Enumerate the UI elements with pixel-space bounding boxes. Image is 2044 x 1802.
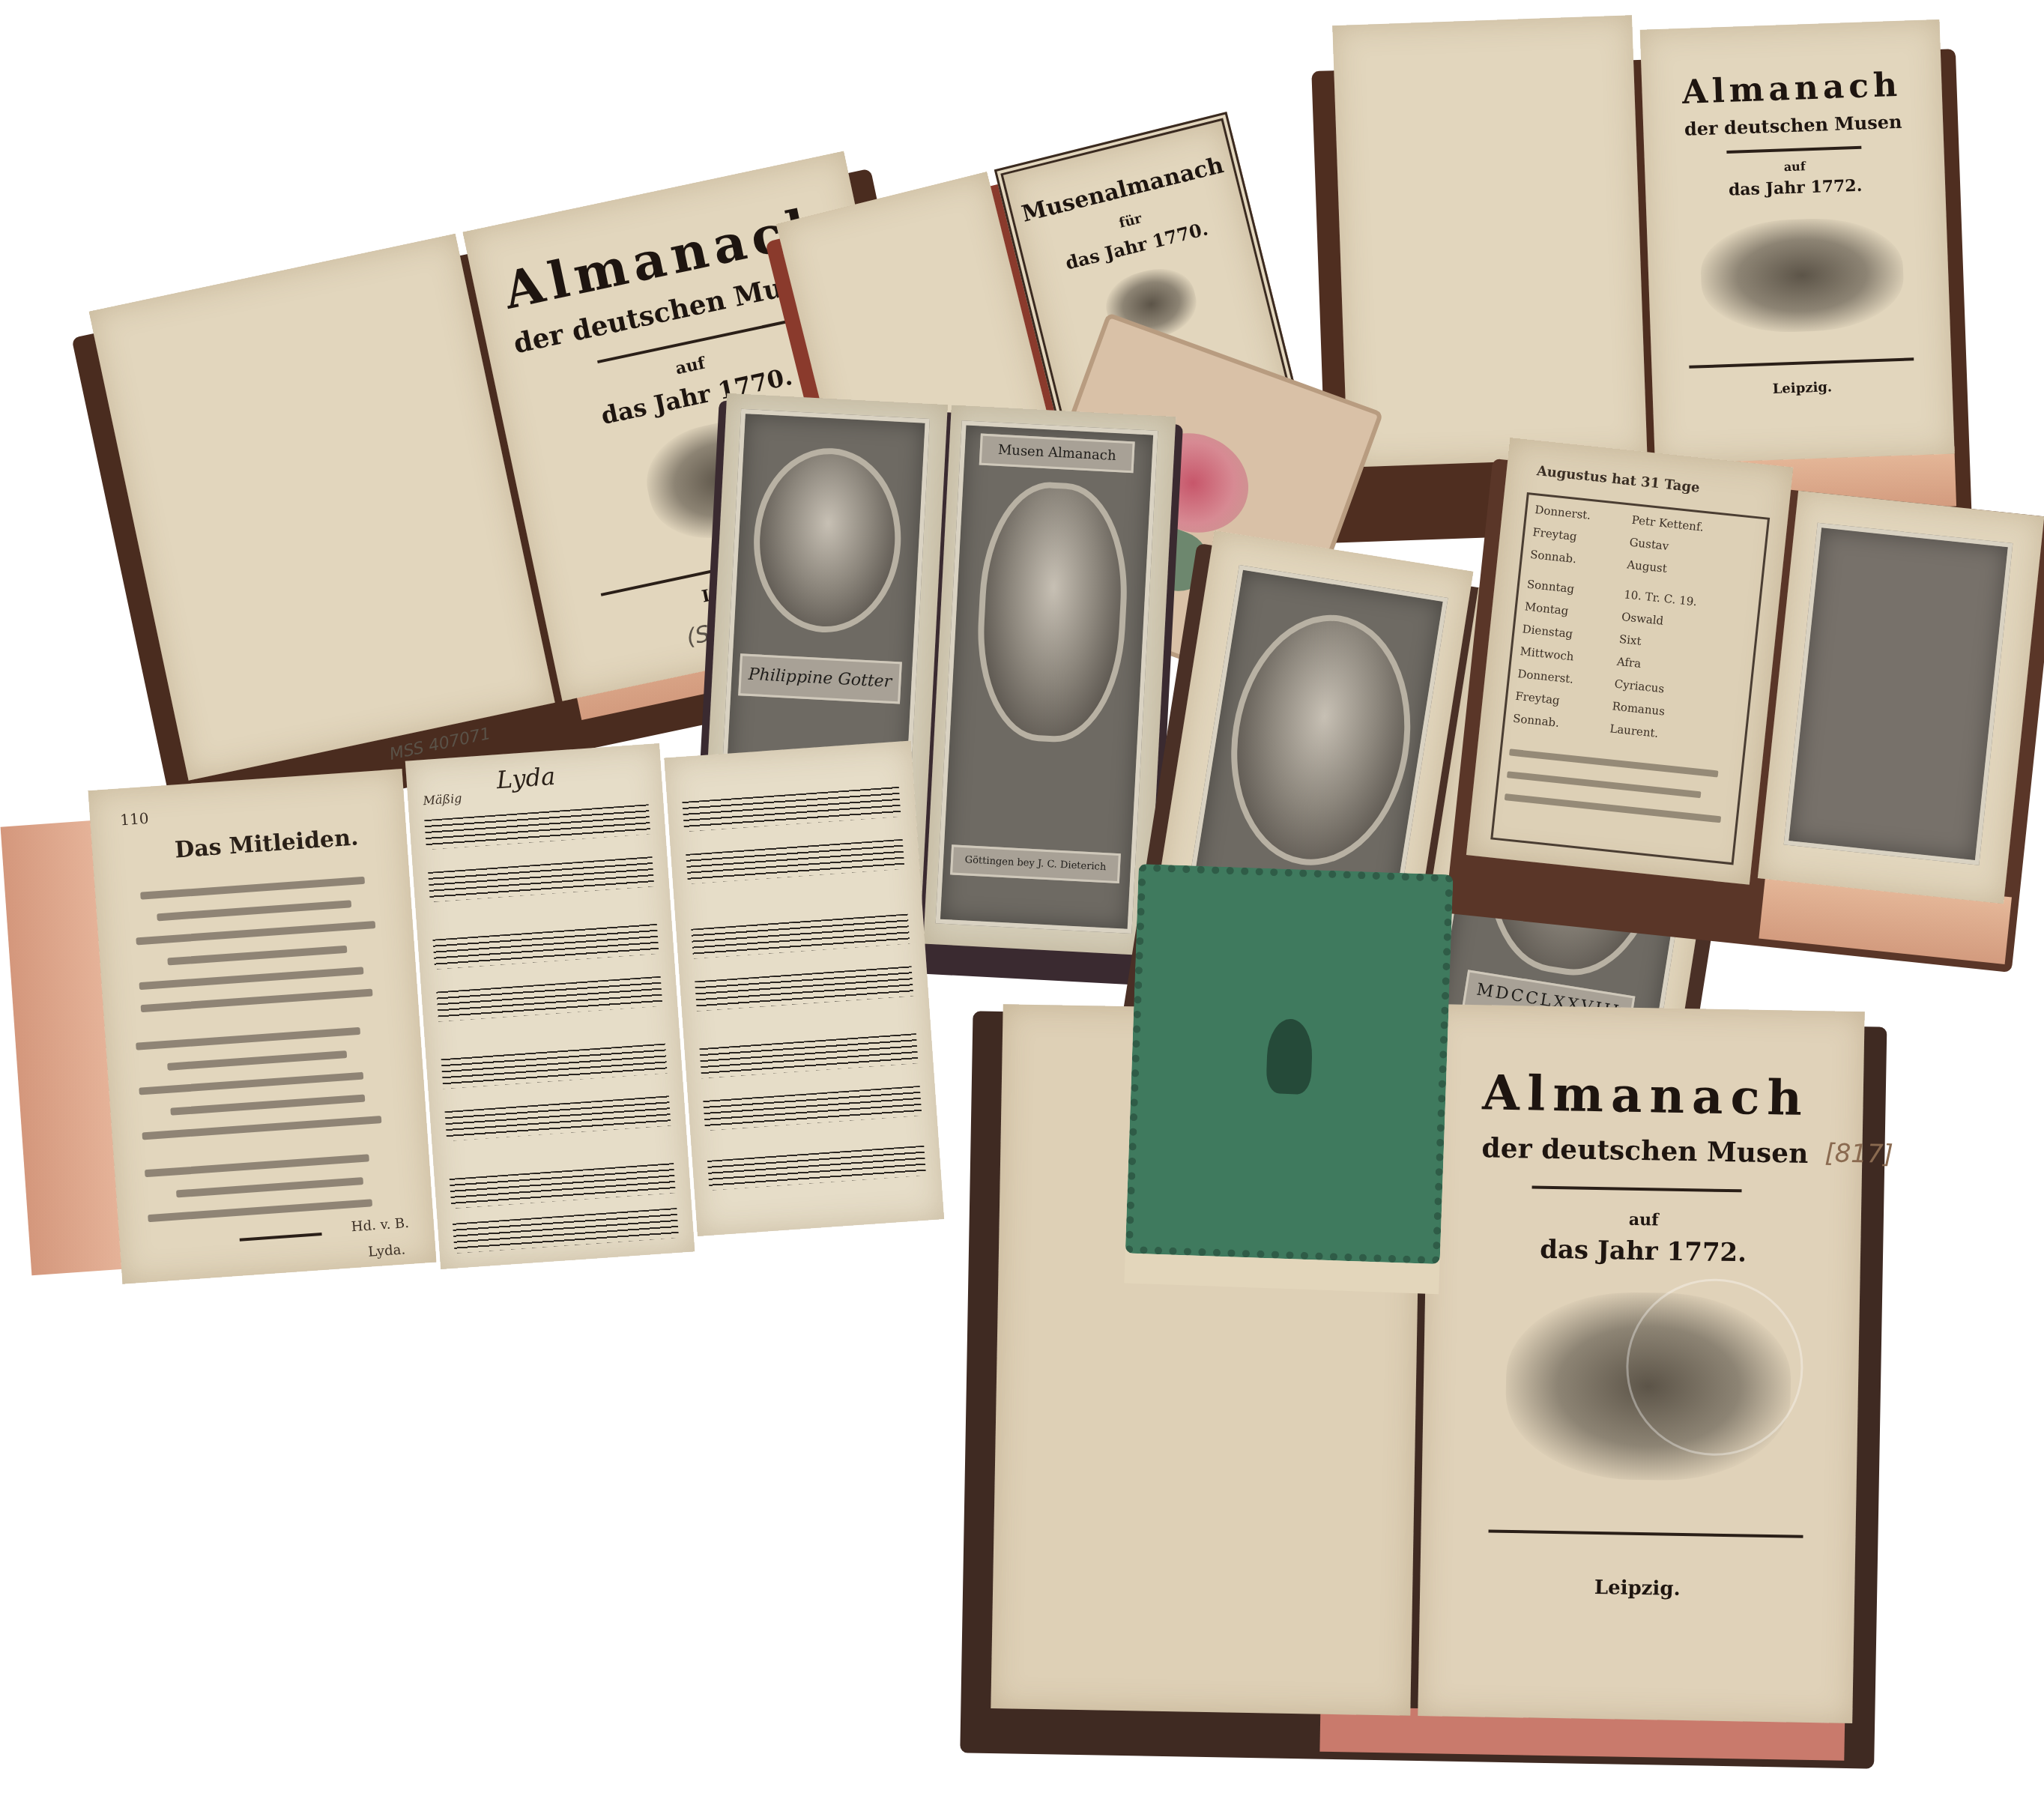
poem-text <box>170 1095 365 1116</box>
poem-text <box>140 877 365 900</box>
music-staff <box>703 1086 922 1131</box>
music-staff <box>441 1043 668 1089</box>
music-staff <box>436 976 662 1022</box>
divider <box>1726 146 1861 154</box>
title-page: Almanach der deutschen Musen auf das Jah… <box>1418 1004 1864 1723</box>
engraving-frame: Musen Almanach Göttingen bey J. C. Diete… <box>936 420 1158 934</box>
title-page: Almanach der deutschen Musen auf das Jah… <box>1640 19 1955 465</box>
music-staff <box>707 1146 926 1191</box>
handwritten-note: [817] <box>1824 1138 1893 1170</box>
poem-page: 110 Das Mitleiden. Hd. v. B. Lyda. <box>88 769 436 1284</box>
music-staff <box>695 966 913 1011</box>
poem-title: Das Mitleiden. <box>174 824 359 863</box>
calendar-header: Augustus hat 31 Tage <box>1536 463 1701 496</box>
imprint: Leipzig. <box>1652 375 1952 402</box>
music-staff <box>682 787 901 832</box>
calendar-text <box>1507 771 1702 798</box>
tempo-marking: Mäßig <box>423 791 462 808</box>
calendar-text <box>1509 749 1718 777</box>
calendar-row-5: Dienstag <box>1522 622 1573 641</box>
calendar-name-8: Romanus <box>1612 699 1666 718</box>
year-line: das Jahr 1772. <box>1426 1233 1861 1270</box>
calendar-row-9: Sonnab. <box>1512 712 1559 730</box>
end-rule <box>240 1233 322 1242</box>
music-staff <box>686 839 904 884</box>
poem-text <box>136 1027 360 1050</box>
poem-text <box>167 1050 347 1071</box>
poem-text <box>167 946 347 966</box>
title-line1: Almanach <box>1428 1064 1863 1128</box>
portrait-caption: Philippine Gotter <box>738 653 902 704</box>
calendar-row-0: Donnerst. <box>1534 503 1591 522</box>
page-number: 110 <box>119 809 149 829</box>
catchword: Lyda. <box>368 1242 406 1260</box>
almanac-collection-photo: Almanach der deutschen Musen. auf das Ja… <box>0 0 2044 1802</box>
book-green-cover <box>1124 864 1453 1294</box>
poem-signature: Hd. v. B. <box>351 1215 409 1235</box>
music-staff <box>699 1033 918 1078</box>
calendar-row-2: Sonnab. <box>1529 548 1576 566</box>
calendar-name-9: Laurent. <box>1609 722 1660 740</box>
poem-text <box>141 989 373 1013</box>
calendar-name-7: Cyriacus <box>1614 677 1665 696</box>
frontispiece-page <box>1758 491 2044 904</box>
title-line1: Almanach <box>1642 64 1943 113</box>
portrait-medallion <box>1214 602 1428 878</box>
music-staff <box>453 1208 679 1254</box>
poem-text <box>157 900 351 921</box>
poem-text <box>136 921 375 945</box>
music-staff <box>428 856 654 902</box>
book-calendar: Augustus hat 31 Tage Donnerst. Petr Kett… <box>1445 436 2044 973</box>
year-line: das Jahr 1772. <box>1645 173 1946 203</box>
poem-text <box>145 1154 369 1177</box>
calendar-name-2: August <box>1627 557 1668 575</box>
calendar-name-3: 10. Tr. C. 19. <box>1623 587 1697 608</box>
calendar-name-6: Afra <box>1616 655 1642 671</box>
music-staff <box>444 1095 671 1141</box>
auf-line: auf <box>1427 1206 1861 1233</box>
poem-text <box>142 1116 381 1140</box>
calendar-row-3: Sonntag <box>1526 578 1575 596</box>
portrait-medallion <box>749 444 906 636</box>
music-staff <box>691 913 910 958</box>
imprint: Leipzig. <box>1420 1573 1854 1603</box>
calendar-text <box>1505 793 1721 823</box>
engraving-header: Musen Almanach <box>979 434 1135 474</box>
music-staff <box>432 924 659 970</box>
calendar-table: Donnerst. Petr Kettenf. Freytag Gustav S… <box>1490 492 1770 865</box>
poem-text <box>176 1177 363 1197</box>
divider <box>1532 1185 1742 1192</box>
left-page <box>1332 15 1647 468</box>
book-song-music: 110 Das Mitleiden. Hd. v. B. Lyda. Lyda … <box>0 718 955 1320</box>
calendar-page: Augustus hat 31 Tage Donnerst. Petr Kett… <box>1466 438 1793 885</box>
music-staff <box>424 804 650 850</box>
calendar-name-0: Petr Kettenf. <box>1631 513 1705 534</box>
title-line2: der deutschen Musen <box>1427 1131 1863 1170</box>
calendar-row-7: Donnerst. <box>1517 667 1574 686</box>
title-line2: der deutschen Musen <box>1643 109 1944 142</box>
calendar-row-4: Montag <box>1524 599 1569 617</box>
calendar-name-1: Gustav <box>1629 536 1669 553</box>
calendar-name-5: Sixt <box>1618 632 1642 648</box>
music-page-right <box>664 741 944 1236</box>
engraving-footer: Göttingen bey J. C. Dieterich <box>950 844 1121 883</box>
vignette-globe-figure <box>1699 216 1905 335</box>
poem-text <box>139 967 364 990</box>
calendar-row-6: Mittwoch <box>1520 644 1575 663</box>
muse-medallion <box>973 479 1133 746</box>
allegorical-engraving <box>1784 523 2013 865</box>
music-page-left: Lyda Mäßig <box>405 743 695 1269</box>
music-title: Lyda <box>496 762 557 794</box>
poem-text <box>139 1072 363 1095</box>
divider-bottom <box>1489 1530 1803 1538</box>
calendar-row-8: Freytag <box>1514 689 1560 707</box>
music-staff <box>450 1163 676 1209</box>
calendar-row-1: Freytag <box>1532 525 1577 543</box>
poem-text <box>148 1199 372 1222</box>
divider-bottom <box>1689 357 1914 368</box>
calendar-name-4: Oswald <box>1621 610 1664 628</box>
